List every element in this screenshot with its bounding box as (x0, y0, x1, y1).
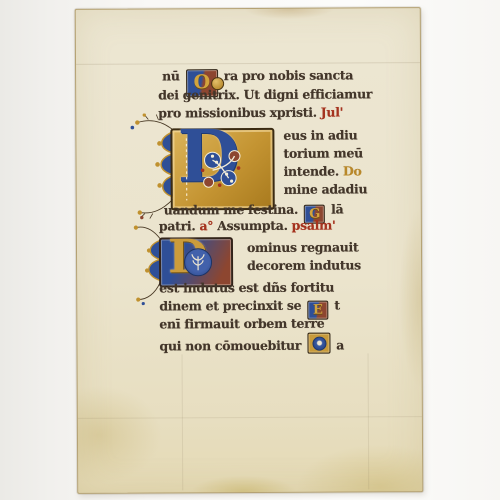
white-sprig-decoration (185, 249, 211, 275)
parchment-crease (76, 62, 420, 65)
manuscript-leaf: D D nū O ra pro nobis sancta (75, 7, 424, 494)
latin-text: a (336, 338, 344, 353)
manuscript-line: enī firmauit orbem terre (159, 315, 324, 334)
latin-text: qui non cōmouebitur (159, 338, 305, 354)
manuscript-line: pro missionibus xpristi. Jul' (158, 104, 343, 123)
ruling-line (368, 353, 370, 489)
latin-text: mine adadiu (284, 181, 368, 196)
manuscript-line: est indutus est dñs fortitu (159, 279, 334, 298)
latin-text: t (334, 298, 340, 313)
rubric-text: Jul' (321, 105, 343, 120)
latin-text: est indutus est dñs fortitu (159, 280, 334, 296)
latin-text: ra pro nobis sancta (224, 67, 353, 83)
manuscript-line: dei genitrix. Ut digni efficiamur (158, 85, 372, 104)
rubric-text: a° (199, 218, 213, 233)
manuscript-line: torium meū (283, 144, 362, 162)
latin-text: patri. (159, 218, 200, 233)
latin-text: ominus regnauit (247, 239, 359, 255)
latin-text: dei genitrix. Ut digni efficiamur (158, 86, 372, 102)
latin-text: torium meū (283, 145, 362, 160)
latin-text: decorem indutus (247, 257, 361, 273)
latin-text: uandum me festina. (164, 202, 302, 218)
illuminated-initial-deus: D (170, 128, 274, 211)
initial-letter: D (177, 120, 240, 192)
initial-letter (318, 343, 319, 344)
manuscript-line: eus in adiu (283, 126, 357, 144)
parchment-crease (78, 416, 422, 419)
gilt-text: Do (343, 163, 362, 178)
latin-text: pro missionibus xpristi. (158, 105, 321, 121)
latin-text: intende. (284, 164, 343, 179)
manuscript-line: intende. Do (284, 162, 362, 180)
initial-roundel (184, 248, 212, 276)
manuscript-line: patri. a° Assumpta. psalm' (159, 217, 336, 236)
latin-text: Assumpta. (217, 218, 291, 233)
latin-text: lā (331, 202, 343, 217)
latin-text: eus in adiu (283, 127, 357, 142)
latin-text: nū (162, 68, 180, 83)
illuminated-line-filler (307, 333, 330, 354)
manuscript-line: mine adadiu (284, 180, 368, 198)
manuscript-line: decorem indutus (247, 256, 361, 275)
manuscript-line: qui non cōmouebitur a (159, 333, 344, 356)
latin-text: enī firmauit orbem terre (159, 316, 324, 332)
ruling-line (182, 354, 184, 490)
manuscript-line: ominus regnauit (247, 238, 359, 257)
rubric-text: psalm' (292, 218, 336, 233)
latin-text: dinem et precinxit se (159, 298, 305, 314)
